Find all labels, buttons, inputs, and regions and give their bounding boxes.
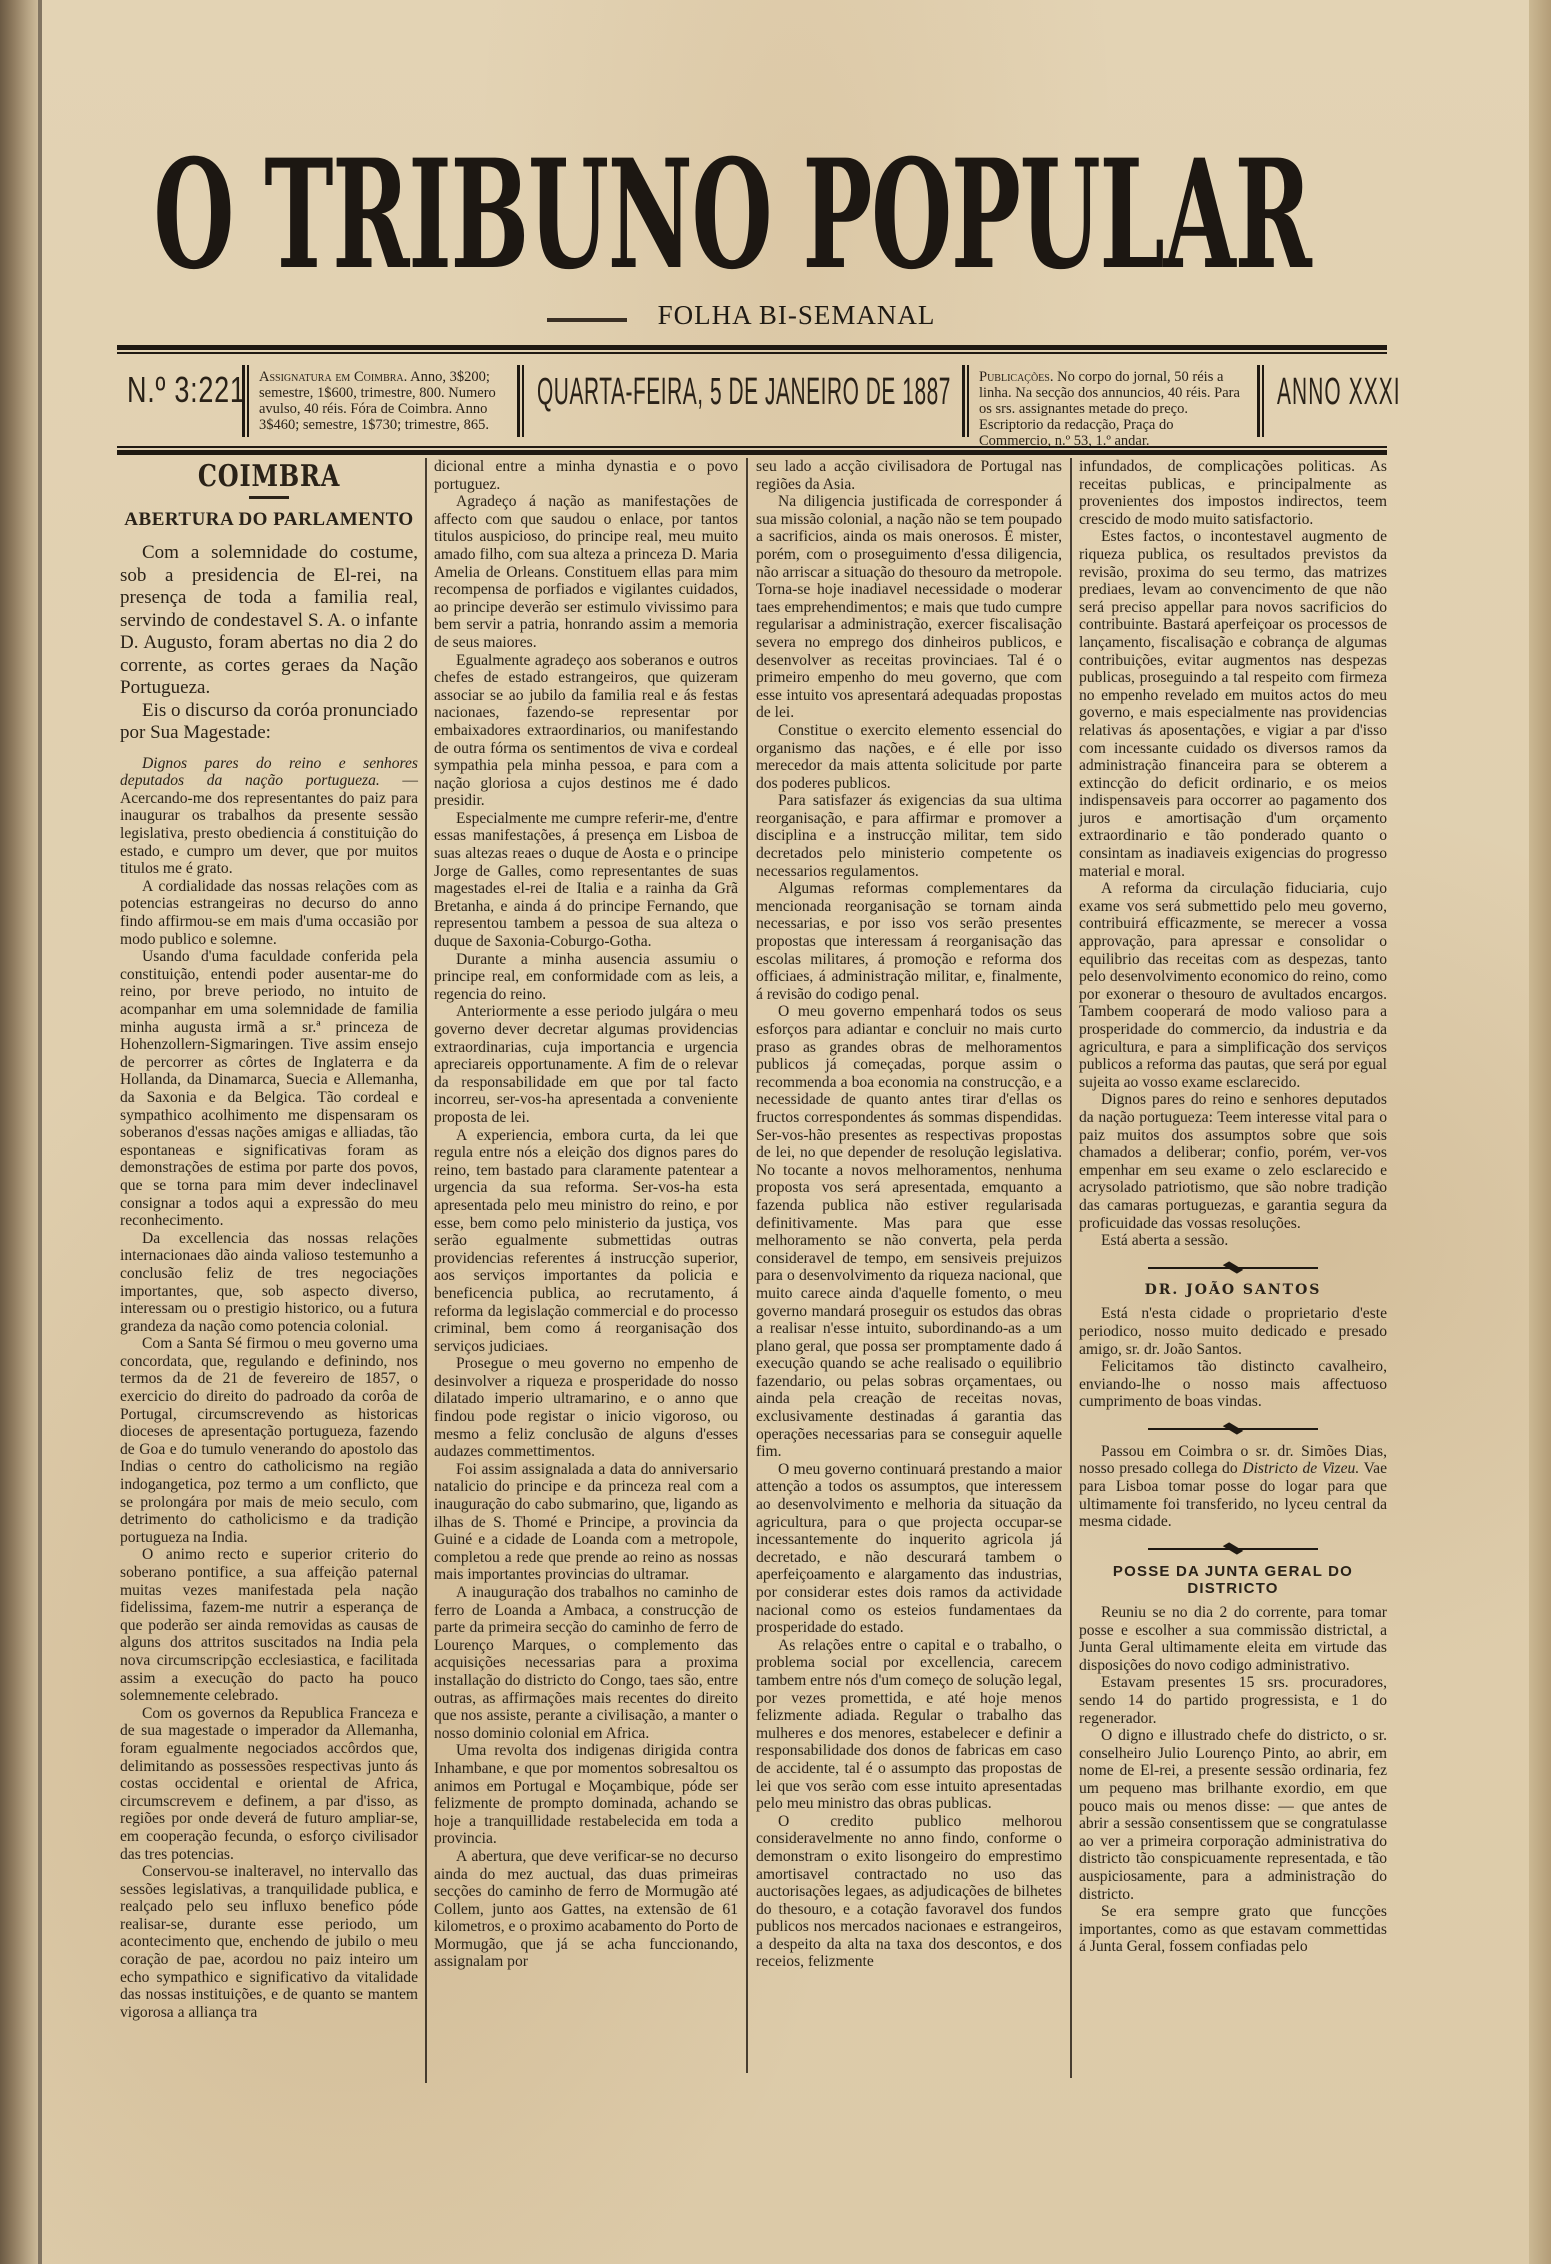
ornamental-divider (1148, 1543, 1318, 1555)
paragraph: A inauguração dos trabalhos no caminho d… (434, 1584, 738, 1742)
paragraph: Felicitamos tão distincto cavalheiro, en… (1079, 1358, 1387, 1411)
paragraph: O digno e illustrado chefe do districto,… (1079, 1727, 1387, 1903)
rule-top (117, 345, 1387, 350)
subscription-label: Assignatura em Coimbra. (259, 369, 407, 385)
volume-year: ANNO XXXI (1277, 371, 1401, 414)
paragraph: Prosegue o meu governo no empenho de des… (434, 1355, 738, 1461)
publications-label: Publicações. (979, 369, 1053, 385)
subscription-info: Assignatura em Coimbra. Anno, 3$200; sem… (259, 369, 509, 433)
divider (517, 365, 520, 437)
paragraph: Usando d'uma faculdade conferida pela co… (120, 948, 418, 1230)
rule-bottom-thin (117, 446, 1387, 448)
ornamental-divider (1148, 1262, 1318, 1274)
paragraph: Dignos pares do reino e senhores deputad… (1079, 1091, 1387, 1232)
paragraph: Egualmente agradeço aos soberanos e outr… (434, 652, 738, 810)
divider (242, 365, 245, 437)
article-lead: Com a solemnidade do costume, sob a pres… (120, 542, 418, 700)
paragraph: A experiencia, embora curta, da lei que … (434, 1127, 738, 1356)
paragraph: Uma revolta dos indigenas dirigida contr… (434, 1742, 738, 1848)
issue-date: QUARTA-FEIRA, 5 DE JANEIRO DE 1887 (537, 371, 951, 414)
info-bar: N.º 3:221 Assignatura em Coimbra. Anno, … (117, 357, 1387, 445)
newspaper-name: Districto de Vizeu. (1242, 1460, 1359, 1477)
paragraph: O credito publico melhorou consideravelm… (756, 1813, 1062, 1971)
paragraph: Foi assim assignalada a data do annivers… (434, 1461, 738, 1584)
paragraph: Conservou-se inalteravel, no intervallo … (120, 1863, 418, 2021)
newspaper-subtitle: FOLHA BI-SEMANAL (42, 300, 1551, 331)
ornamental-divider (1148, 1423, 1318, 1435)
newspaper-title: O TRIBUNO POPULAR (143, 140, 1321, 290)
divider (962, 365, 965, 437)
paragraph: Com os governos da Republica Franceza e … (120, 1705, 418, 1863)
paragraph: O meu governo empenhará todos os seus es… (756, 1003, 1062, 1460)
paragraph: Está n'esta cidade o proprietario d'este… (1079, 1305, 1387, 1358)
paragraph: A abertura, que deve verificar-se no dec… (434, 1848, 738, 1971)
paragraph: Durante a minha ausencia assumiu o princ… (434, 951, 738, 1004)
article-headline: DR. JOÃO SANTOS (1079, 1282, 1387, 1300)
paragraph: O animo recto e superior criterio do sob… (120, 1546, 418, 1704)
book-binding (0, 0, 38, 2264)
page-edge (1529, 0, 1551, 2264)
paragraph: Estavam presentes 15 srs. procuradores, … (1079, 1674, 1387, 1727)
salutation: Dignos pares do reino e senhores deputad… (120, 755, 418, 790)
paragraph: Estes factos, o incontestavel augmento d… (1079, 528, 1387, 880)
article-headline: ABERTURA DO PARLAMENTO (120, 511, 418, 529)
masthead: O TRIBUNO POPULAR (152, 140, 1312, 290)
column-4: infundados, de complicações politicas. A… (1079, 458, 1387, 1956)
issue-number: N.º 3:221 (127, 369, 246, 411)
section-heading: COIMBRA (150, 468, 388, 486)
heading-rule (249, 496, 289, 499)
paragraph: infundados, de complicações politicas. A… (1079, 458, 1387, 528)
article-lead-2: Eis o discurso da coróa pronunciado por … (120, 700, 418, 745)
article-headline: POSSE DA JUNTA GERAL DO DISTRICTO (1079, 1563, 1387, 1598)
paragraph: Reuniu se no dia 2 do corrente, para tom… (1079, 1604, 1387, 1674)
column-rule (1070, 458, 1072, 2078)
publications-info: Publicações. No corpo do jornal, 50 réis… (979, 369, 1249, 449)
newspaper-page: O TRIBUNO POPULAR FOLHA BI-SEMANAL N.º 3… (42, 0, 1551, 2264)
column-1: COIMBRA ABERTURA DO PARLAMENTO Com a sol… (120, 458, 418, 2021)
paragraph: Anteriormente a esse periodo julgára o m… (434, 1003, 738, 1126)
column-2: dicional entre a minha dynastia e o povo… (434, 458, 738, 1971)
column-rule (746, 458, 748, 2073)
paragraph: Se era sempre grato que funcções importa… (1079, 1903, 1387, 1956)
paragraph: Na diligencia justificada de corresponde… (756, 493, 1062, 722)
paragraph: Com a Santa Sé firmou o meu governo uma … (120, 1335, 418, 1546)
paragraph: Para satisfazer ás exigencias da sua ult… (756, 792, 1062, 880)
paragraph: Passou em Coimbra o sr. dr. Simões Dias,… (1079, 1443, 1387, 1531)
paragraph: A cordialidade das nossas relações com a… (120, 878, 418, 948)
paragraph: Agradeço á nação as manifestações de aff… (434, 493, 738, 651)
paragraph: seu lado a acção civilisadora de Portuga… (756, 458, 1062, 493)
paragraph: Especialmente me cumpre referir-me, d'en… (434, 810, 738, 951)
paragraph: O meu governo continuará prestando a mai… (756, 1461, 1062, 1637)
column-3: seu lado a acção civilisadora de Portuga… (756, 458, 1062, 1971)
column-rule (425, 458, 427, 2083)
paragraph: Dignos pares do reino e senhores deputad… (120, 755, 418, 878)
rule-bottom (117, 450, 1387, 455)
rule-top-thin (117, 352, 1387, 354)
paragraph: As relações entre o capital e o trabalho… (756, 1637, 1062, 1813)
paragraph: Algumas reformas complementares da menci… (756, 880, 1062, 1003)
paragraph: dicional entre a minha dynastia e o povo… (434, 458, 738, 493)
paragraph: Está aberta a sessão. (1079, 1232, 1387, 1250)
paragraph: Constitue o exercito elemento essencial … (756, 722, 1062, 792)
paragraph: Da excellencia das nossas relações inter… (120, 1230, 418, 1336)
paragraph: A reforma da circulação fiduciaria, cujo… (1079, 880, 1387, 1091)
divider (1257, 365, 1260, 437)
